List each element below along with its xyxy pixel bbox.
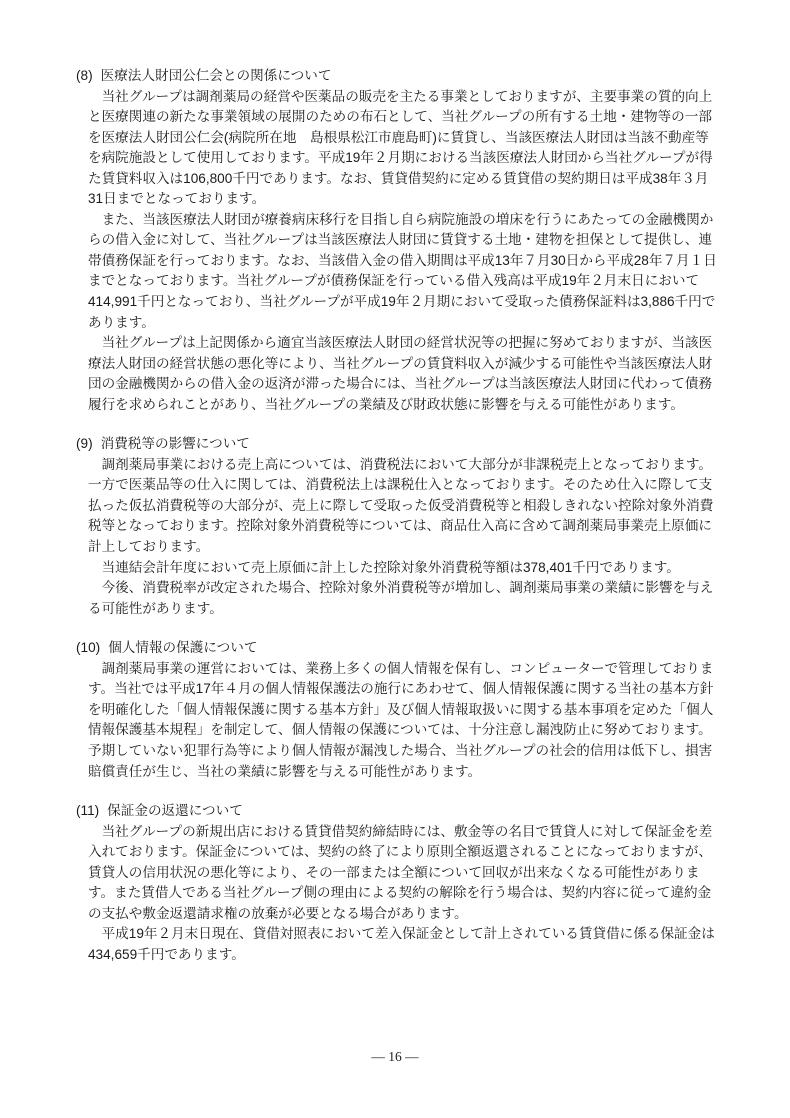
section-title: 医療法人財団公仁会との関係について	[101, 68, 332, 83]
section-10-personal-information-protection: (10)個人情報の保護について 調剤薬局事業の運営においては、業務上多くの個人情…	[76, 638, 740, 782]
section-number: (8)	[76, 68, 93, 83]
section-title: 個人情報の保護について	[108, 640, 257, 655]
section-heading: (9)消費税等の影響について	[76, 434, 740, 455]
paragraph: 調剤薬局事業の運営においては、業務上多くの個人情報を保有し、コンピューターで管理…	[88, 659, 740, 782]
section-heading: (11)保証金の返還について	[76, 801, 740, 822]
section-heading: (8)医療法人財団公仁会との関係について	[76, 66, 740, 87]
paragraph: 調剤薬局事業における売上高については、消費税法において大部分が非課税売上となって…	[88, 455, 740, 558]
paragraph: また、当該医療法人財団が療養病床移行を目指し自ら病院施設の増床を行うにあたっての…	[88, 210, 740, 333]
page-number: ― 16 ―	[0, 1049, 790, 1065]
paragraph: 当連結会計年度において売上原価に計上した控除対象外消費税等額は378,401千円…	[88, 558, 740, 579]
document-content: (8)医療法人財団公仁会との関係について 当社グループは調剤薬局の経営や医薬品の…	[76, 66, 740, 965]
section-number: (11)	[76, 803, 99, 818]
paragraph: 今後、消費税率が改定された場合、控除対象外消費税等が増加し、調剤薬局事業の業績に…	[88, 578, 740, 619]
section-9-consumption-tax-impact: (9)消費税等の影響について 調剤薬局事業における売上高については、消費税法にお…	[76, 434, 740, 619]
paragraph: 当社グループの新規出店における賃貸借契約締結時には、敷金等の名目で賃貸人に対して…	[88, 822, 740, 925]
section-title: 保証金の返還について	[107, 803, 243, 818]
section-11-deposit-refund: (11)保証金の返還について 当社グループの新規出店における賃貸借契約締結時には…	[76, 801, 740, 965]
section-number: (9)	[76, 436, 93, 451]
paragraph: 当社グループは調剤薬局の経営や医薬品の販売を主たる事業としておりますが、主要事業…	[88, 87, 740, 210]
paragraph: 平成19年２月末日現在、貸借対照表において差入保証金として計上されている賃貸借に…	[88, 924, 740, 965]
section-heading: (10)個人情報の保護について	[76, 638, 740, 659]
section-8-medical-foundation-relationship: (8)医療法人財団公仁会との関係について 当社グループは調剤薬局の経営や医薬品の…	[76, 66, 740, 415]
section-title: 消費税等の影響について	[101, 436, 250, 451]
document-page: (8)医療法人財団公仁会との関係について 当社グループは調剤薬局の経営や医薬品の…	[0, 0, 790, 1118]
section-number: (10)	[76, 640, 100, 655]
paragraph: 当社グループは上記関係から適宜当該医療法人財団の経営状況等の把握に努めております…	[88, 333, 740, 415]
